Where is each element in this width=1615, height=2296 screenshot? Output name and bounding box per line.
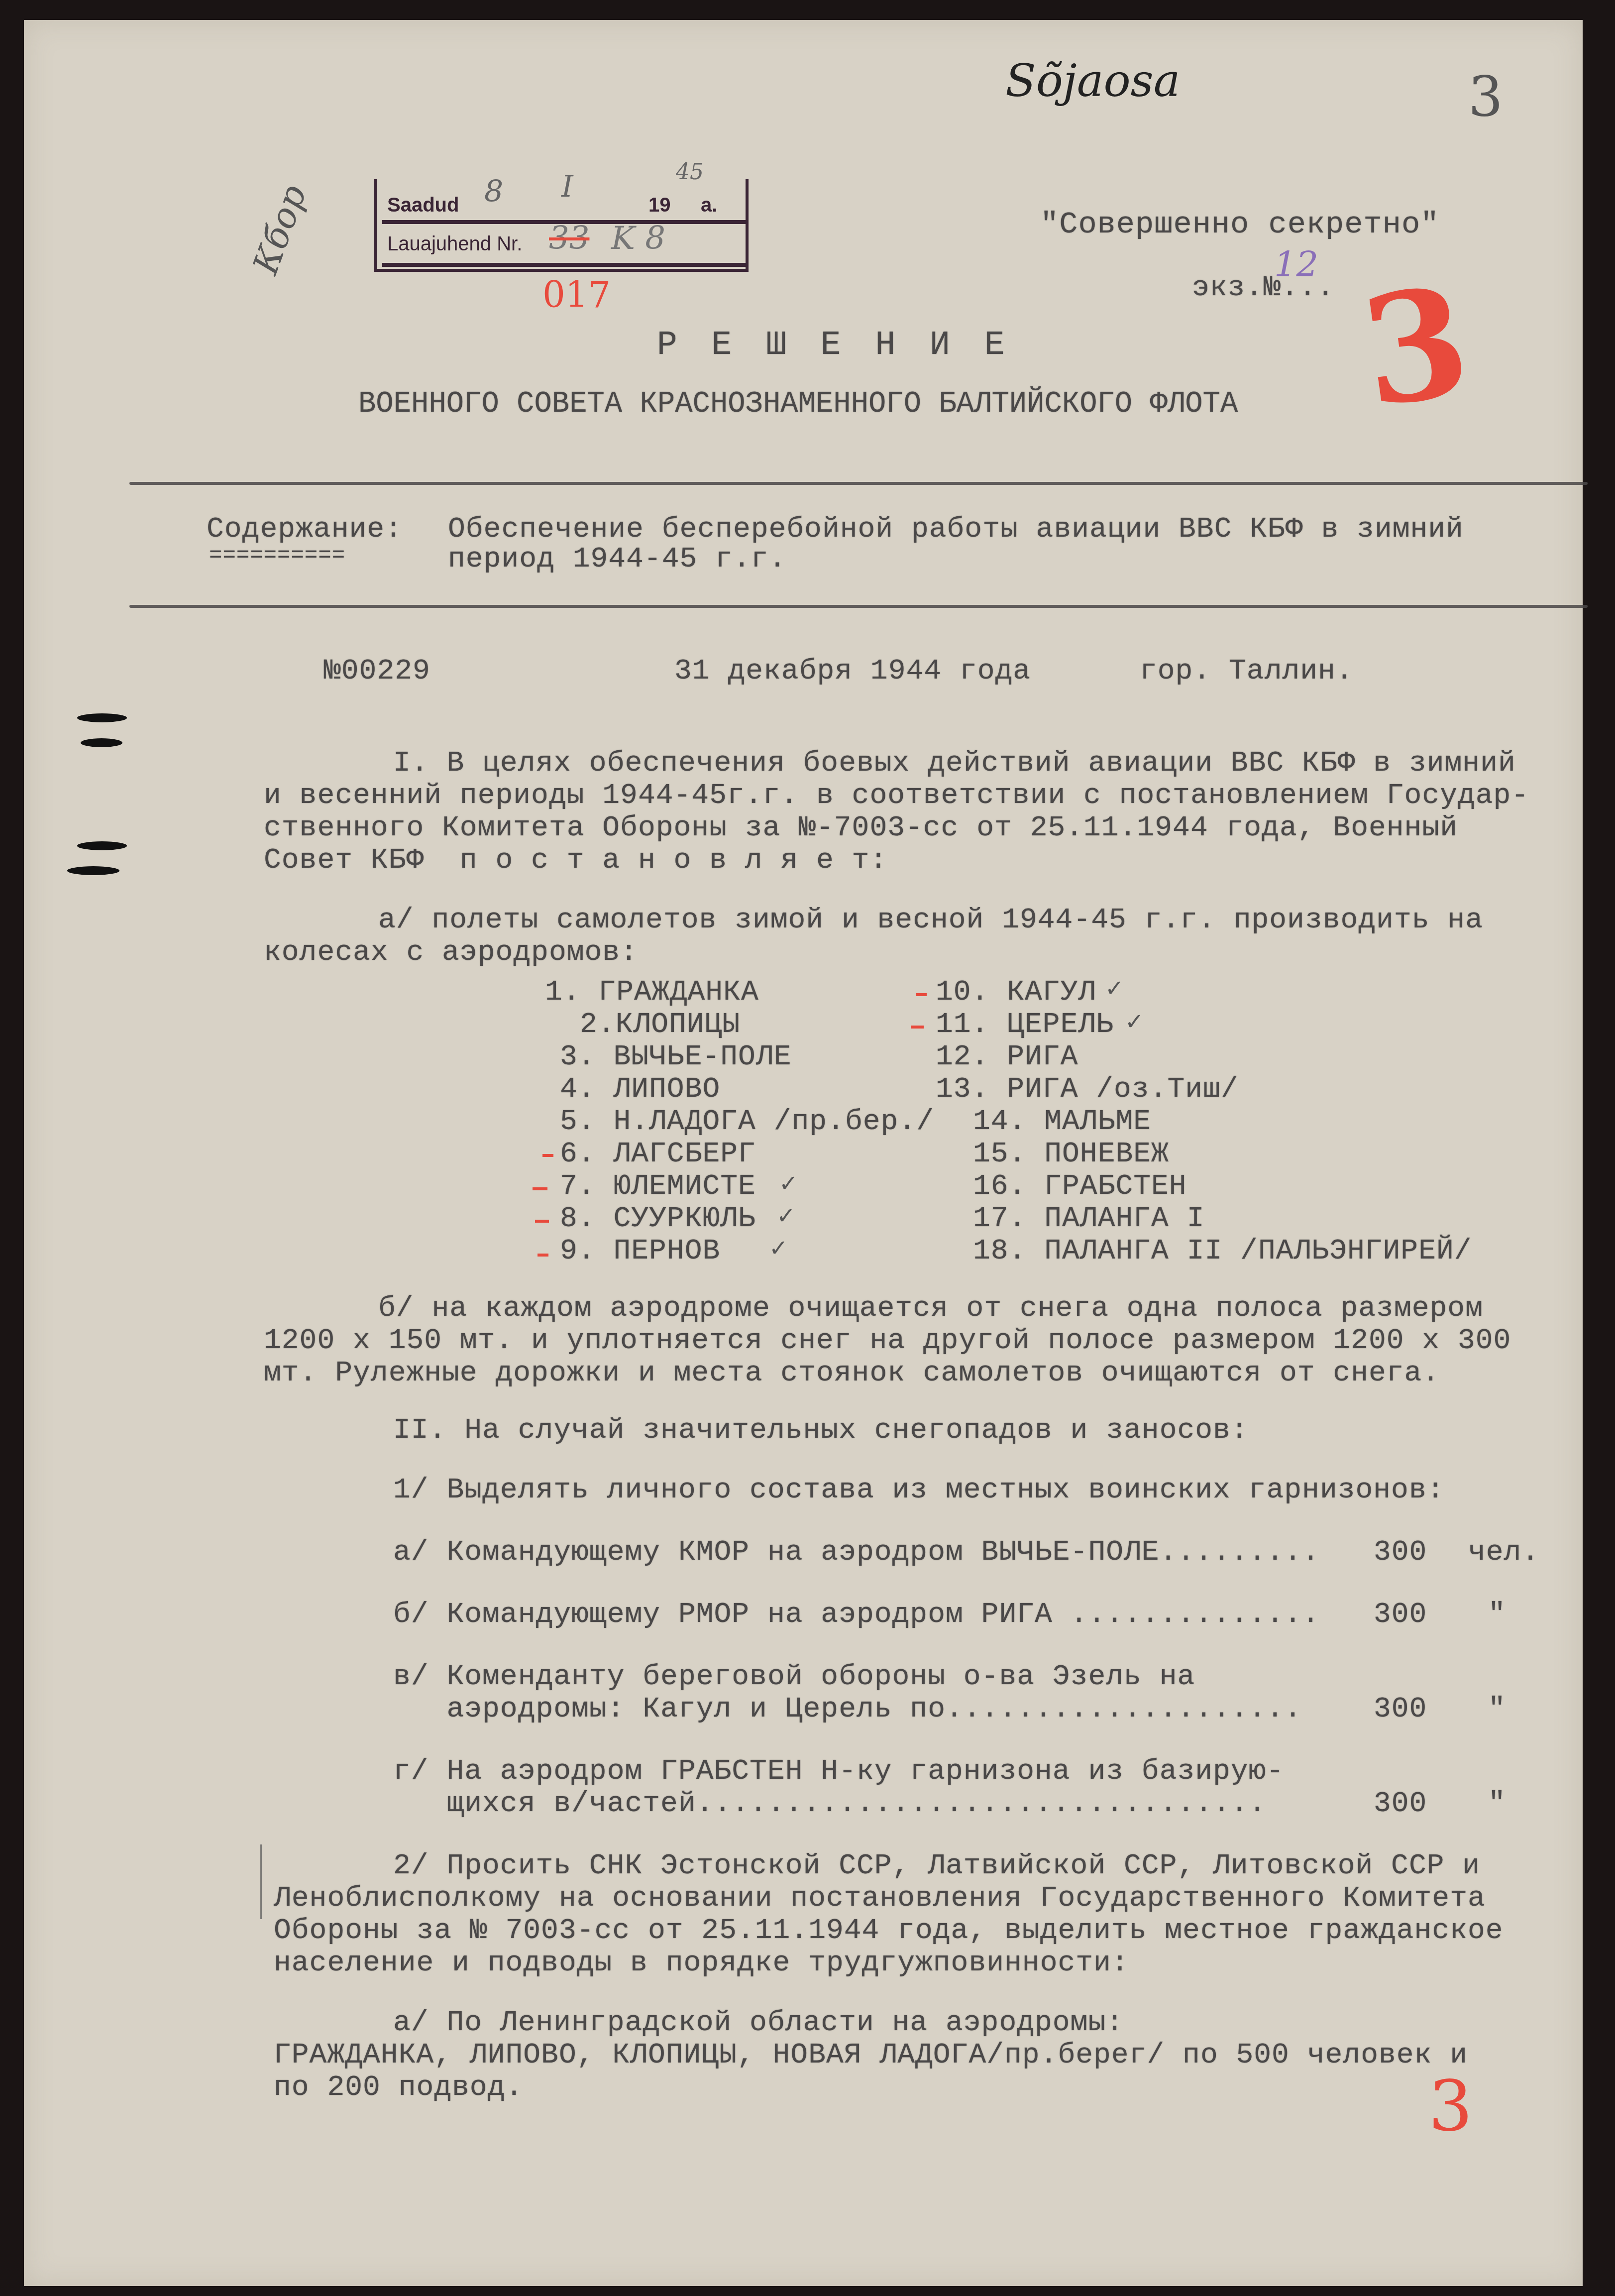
airfield-item: 3. ВЫЧЬЕ-ПОЛЕ <box>560 1043 792 1072</box>
airfield-item: 4. ЛИПОВО <box>560 1075 720 1104</box>
paragraph-a-line: колесах с аэродромов: <box>264 938 638 967</box>
airfield-item: 1. ГРАЖДАНКА <box>545 978 759 1007</box>
document-number: №00229 <box>323 657 431 686</box>
checkmark-icon: ✓ <box>769 1235 788 1262</box>
allocation-qty: 300 <box>1374 1601 1427 1629</box>
stamp-year-prefix: 19 <box>648 194 671 217</box>
airfield-item: 7. ЮЛЕМИСТЕ <box>560 1172 756 1201</box>
stamp-ledger-number: K 8 <box>611 220 665 257</box>
red-dash-mark <box>535 1220 549 1223</box>
allocation-row: б/ Командующему РМОР на аэродром РИГА ..… <box>393 1601 1320 1629</box>
airfield-item: 12. РИГА <box>936 1043 1078 1072</box>
paragraph-1-line: ственного Комитета Обороны за №-7003-сс … <box>264 814 1458 843</box>
content-underline: ========== <box>209 545 345 567</box>
classification-label: "Совершенно секретно" <box>1040 209 1439 240</box>
item-2a-line: по 200 подвод. <box>274 2073 523 2102</box>
red-number-017: 017 <box>542 274 611 316</box>
document-title: Р Е Ш Е Н И Е <box>657 329 1012 362</box>
airfield-item: 17. ПАЛАНГА I <box>973 1205 1205 1234</box>
paragraph-1-line: Совет КБФ п о с т а н о в л я е т: <box>264 846 887 875</box>
item-2a-line: ГРАЖДАНКА, ЛИПОВО, КЛОПИЦЫ, НОВАЯ ЛАДОГА… <box>274 2041 1468 2070</box>
document-place: гор. Таллин. <box>1140 657 1354 686</box>
stamp-received-label: Saadud <box>387 194 459 217</box>
airfield-item: 6. ЛАГСБЕРГ <box>560 1140 756 1169</box>
stamp-ledger-label: Lauajuhend Nr. <box>387 233 522 255</box>
stamp-year-suffix: 45 <box>676 159 704 185</box>
allocation-row: а/ Командующему КМОР на аэродром ВЫЧЬЕ-П… <box>393 1538 1320 1567</box>
divider-top <box>129 482 1588 485</box>
checkmark-icon: ✓ <box>776 1202 796 1229</box>
airfield-item: 5. Н.ЛАДОГА /пр.бер./ <box>560 1108 934 1137</box>
airfield-item: 11. ЦЕРЕЛЬ <box>936 1011 1114 1039</box>
red-dash-mark <box>538 1254 548 1257</box>
paragraph-a-line: а/ полеты самолетов зимой и весной 1944-… <box>378 906 1483 935</box>
checkmark-icon: ✓ <box>1125 1008 1144 1035</box>
section-2-heading: II. На случай значительных снегопадов и … <box>393 1416 1249 1445</box>
paragraph-b-line: мт. Рулежные дорожки и места стоянок сам… <box>264 1359 1440 1388</box>
red-dash-mark <box>916 993 927 996</box>
checkmark-icon: ✓ <box>1105 975 1124 1002</box>
item-2-line: Обороны за № 7003-сс от 25.11.1944 года,… <box>274 1917 1504 1946</box>
airfield-item: 2.КЛОПИЦЫ <box>580 1011 740 1039</box>
airfield-item: 15. ПОНЕВЕЖ <box>973 1140 1169 1169</box>
page-number: 3 <box>1468 65 1503 128</box>
stamp-ledger-struck: 33 <box>549 220 589 257</box>
paragraph-b-line: б/ на каждом аэродроме очищается от снег… <box>378 1294 1483 1323</box>
red-dash-mark <box>542 1154 553 1157</box>
paragraph-b-line: 1200 х 150 мт. и уплотняется снег на дру… <box>264 1327 1511 1356</box>
airfield-item: 13. РИГА /оз.Тиш/ <box>936 1075 1239 1104</box>
punch-hole <box>67 866 119 875</box>
item-2-line: население и подводы в порядке трудгужпов… <box>274 1949 1129 1978</box>
copy-number: 12 <box>1274 244 1318 285</box>
allocation-unit: " <box>1488 1601 1506 1629</box>
red-dash-mark <box>533 1187 547 1190</box>
airfield-item: 8. СУУРКЮЛЬ <box>560 1205 756 1234</box>
punch-hole <box>81 738 122 747</box>
red-dash-mark <box>911 1026 924 1029</box>
allocation-qty: 300 <box>1374 1790 1427 1819</box>
allocation-unit: чел. <box>1468 1538 1539 1567</box>
paragraph-1-line: и весенний периоды 1944-45г.г. в соответ… <box>264 782 1529 810</box>
allocation-unit: " <box>1488 1695 1506 1724</box>
handwritten-note-top: Sõjaosa <box>1005 55 1180 107</box>
allocation-row: в/ Коменданту береговой обороны о-ва Эзе… <box>393 1663 1195 1692</box>
airfield-item: 18. ПАЛАНГА II /ПАЛЬЭНГИРЕЙ/ <box>973 1237 1472 1266</box>
margin-line <box>260 1844 262 1919</box>
document-date: 31 декабря 1944 года <box>674 657 1031 686</box>
item-1-heading: 1/ Выделять личного состава из местных в… <box>393 1476 1445 1505</box>
item-2a-line: а/ По Ленинградской области на аэродромы… <box>393 2009 1124 2038</box>
allocation-qty: 300 <box>1374 1695 1427 1724</box>
airfield-item: 14. МАЛЬМЕ <box>973 1108 1151 1137</box>
allocation-row: г/ На аэродром ГРАБСТЕН Н-ку гарнизона и… <box>393 1757 1284 1786</box>
document-subtitle: ВОЕННОГО СОВЕТА КРАСНОЗНАМЕННОГО БАЛТИЙС… <box>358 388 1238 419</box>
allocation-qty: 300 <box>1374 1538 1427 1567</box>
content-label: Содержание: <box>207 515 403 544</box>
punch-hole <box>77 713 127 722</box>
allocation-row-cont: щихся в/частей..........................… <box>393 1790 1266 1819</box>
content-text-line1: Обеспечение бесперебойной работы авиации… <box>448 515 1464 544</box>
content-text-line2: период 1944-45 г.г. <box>448 545 786 574</box>
checkmark-icon: ✓ <box>779 1170 798 1197</box>
airfield-item: 16. ГРАБСТЕН <box>973 1172 1187 1201</box>
red-mark-bottom: 3 <box>1428 2066 1473 2147</box>
stamp-year-end: a. <box>701 194 717 217</box>
stamp-month: I <box>561 169 573 204</box>
divider-bottom <box>129 605 1588 608</box>
punch-hole <box>77 841 127 850</box>
airfield-item: 10. КАГУЛ <box>936 978 1096 1007</box>
item-2-line: Леноблисполкому на основании постановлен… <box>274 1884 1486 1913</box>
paragraph-1-line: I. В целях обеспечения боевых действий а… <box>393 749 1516 778</box>
registry-stamp: Saadud 8 I 19 45 a. Lauajuhend Nr. 33 K … <box>374 179 749 272</box>
allocation-unit: " <box>1488 1790 1506 1819</box>
item-2-line: 2/ Просить СНК Эстонской ССР, Латвийской… <box>393 1852 1480 1881</box>
stamp-day: 8 <box>484 174 503 209</box>
airfield-item: 9. ПЕРНОВ <box>560 1237 720 1266</box>
allocation-row-cont: аэродромы: Кагул и Церель по............… <box>393 1695 1302 1724</box>
